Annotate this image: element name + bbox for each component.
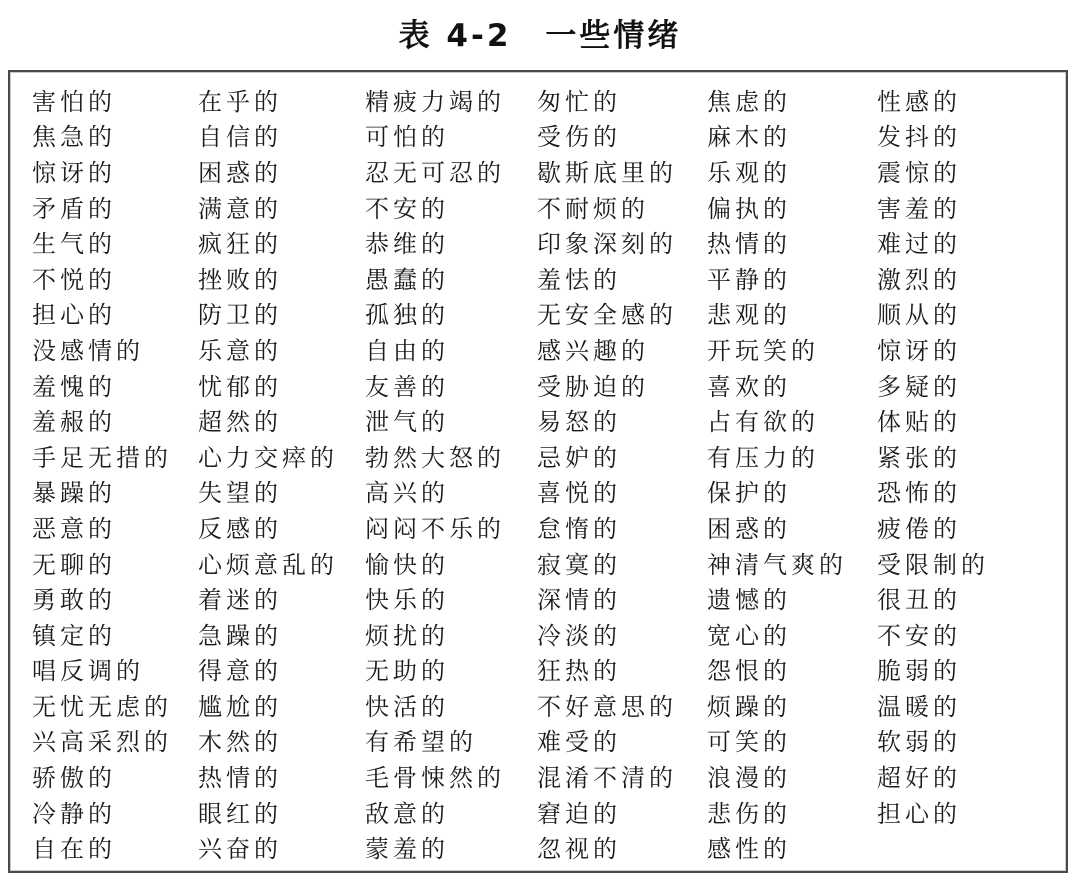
emotion-cell: 激烈的 bbox=[877, 268, 1066, 292]
emotion-cell: 矛盾的 bbox=[32, 197, 198, 221]
emotion-cell: 乐观的 bbox=[707, 161, 877, 185]
emotion-cell: 顺从的 bbox=[877, 303, 1066, 327]
emotion-cell: 孤独的 bbox=[365, 303, 537, 327]
emotion-cell: 寂寞的 bbox=[537, 553, 707, 577]
emotion-cell: 害羞的 bbox=[877, 197, 1066, 221]
emotion-cell: 难受的 bbox=[537, 730, 707, 754]
emotion-cell: 乐意的 bbox=[198, 339, 365, 363]
emotion-cell: 害怕的 bbox=[32, 90, 198, 114]
emotion-cell: 不安的 bbox=[877, 624, 1066, 648]
emotion-cell: 精疲力竭的 bbox=[365, 90, 537, 114]
emotion-cell: 疲倦的 bbox=[877, 517, 1066, 541]
emotion-cell: 麻木的 bbox=[707, 125, 877, 149]
emotion-cell: 手足无措的 bbox=[32, 446, 198, 470]
emotion-cell: 惊讶的 bbox=[877, 339, 1066, 363]
emotion-cell: 有希望的 bbox=[365, 730, 537, 754]
emotion-cell: 偏执的 bbox=[707, 197, 877, 221]
emotion-cell: 不悦的 bbox=[32, 268, 198, 292]
emotion-cell: 占有欲的 bbox=[707, 410, 877, 434]
emotion-cell: 深情的 bbox=[537, 588, 707, 612]
emotion-cell: 羞赧的 bbox=[32, 410, 198, 434]
emotion-cell: 高兴的 bbox=[365, 481, 537, 505]
emotion-cell: 闷闷不乐的 bbox=[365, 517, 537, 541]
emotion-cell: 焦虑的 bbox=[707, 90, 877, 114]
emotion-cell: 超好的 bbox=[877, 766, 1066, 790]
emotion-cell: 骄傲的 bbox=[32, 766, 198, 790]
emotion-cell: 快活的 bbox=[365, 695, 537, 719]
emotion-cell: 惊讶的 bbox=[32, 161, 198, 185]
emotion-cell: 恶意的 bbox=[32, 517, 198, 541]
emotion-cell: 软弱的 bbox=[877, 730, 1066, 754]
emotion-cell: 发抖的 bbox=[877, 125, 1066, 149]
emotion-cell: 窘迫的 bbox=[537, 802, 707, 826]
emotion-cell: 易怒的 bbox=[537, 410, 707, 434]
emotion-cell: 紧张的 bbox=[877, 446, 1066, 470]
emotion-cell: 感性的 bbox=[707, 837, 877, 861]
emotion-cell: 神清气爽的 bbox=[707, 553, 877, 577]
emotion-cell: 怨恨的 bbox=[707, 659, 877, 683]
emotion-cell: 平静的 bbox=[707, 268, 877, 292]
emotion-cell: 友善的 bbox=[365, 375, 537, 399]
emotion-cell: 眼红的 bbox=[198, 802, 365, 826]
emotion-cell: 心烦意乱的 bbox=[198, 553, 365, 577]
emotion-cell: 满意的 bbox=[198, 197, 365, 221]
emotion-cell: 印象深刻的 bbox=[537, 232, 707, 256]
emotion-cell: 忧郁的 bbox=[198, 375, 365, 399]
emotion-cell: 尴尬的 bbox=[198, 695, 365, 719]
emotion-cell: 防卫的 bbox=[198, 303, 365, 327]
emotion-cell: 难过的 bbox=[877, 232, 1066, 256]
emotion-cell: 蒙羞的 bbox=[365, 837, 537, 861]
emotion-cell: 怠惰的 bbox=[537, 517, 707, 541]
emotion-cell: 疯狂的 bbox=[198, 232, 365, 256]
emotion-cell: 狂热的 bbox=[537, 659, 707, 683]
emotion-cell: 担心的 bbox=[877, 802, 1066, 826]
emotion-cell: 可怕的 bbox=[365, 125, 537, 149]
emotion-cell: 失望的 bbox=[198, 481, 365, 505]
emotion-cell: 挫败的 bbox=[198, 268, 365, 292]
emotion-cell: 恭维的 bbox=[365, 232, 537, 256]
emotion-cell: 性感的 bbox=[877, 90, 1066, 114]
emotion-cell: 受伤的 bbox=[537, 125, 707, 149]
emotion-cell: 镇定的 bbox=[32, 624, 198, 648]
emotion-cell: 暴躁的 bbox=[32, 481, 198, 505]
emotion-cell: 遗憾的 bbox=[707, 588, 877, 612]
emotion-cell: 唱反调的 bbox=[32, 659, 198, 683]
emotion-cell: 自在的 bbox=[32, 837, 198, 861]
emotion-cell: 不安的 bbox=[365, 197, 537, 221]
emotion-cell: 毛骨悚然的 bbox=[365, 766, 537, 790]
page-title: 表 4-2 一些情绪 bbox=[0, 10, 1080, 55]
emotion-cell: 混淆不清的 bbox=[537, 766, 707, 790]
emotion-cell: 敌意的 bbox=[365, 802, 537, 826]
emotion-cell: 得意的 bbox=[198, 659, 365, 683]
emotion-cell: 着迷的 bbox=[198, 588, 365, 612]
emotion-cell: 自由的 bbox=[365, 339, 537, 363]
emotion-cell: 自信的 bbox=[198, 125, 365, 149]
emotion-cell: 受限制的 bbox=[877, 553, 1066, 577]
emotion-cell: 体贴的 bbox=[877, 410, 1066, 434]
emotion-cell: 宽心的 bbox=[707, 624, 877, 648]
emotion-cell: 在乎的 bbox=[198, 90, 365, 114]
emotion-cell: 感兴趣的 bbox=[537, 339, 707, 363]
emotion-cell: 匆忙的 bbox=[537, 90, 707, 114]
emotion-cell: 开玩笑的 bbox=[707, 339, 877, 363]
emotion-cell: 愚蠢的 bbox=[365, 268, 537, 292]
emotion-cell: 恐怖的 bbox=[877, 481, 1066, 505]
emotion-cell: 无安全感的 bbox=[537, 303, 707, 327]
emotion-cell: 羞愧的 bbox=[32, 375, 198, 399]
emotion-cell: 焦急的 bbox=[32, 125, 198, 149]
emotion-cell: 无聊的 bbox=[32, 553, 198, 577]
emotion-cell: 羞怯的 bbox=[537, 268, 707, 292]
emotion-cell: 急躁的 bbox=[198, 624, 365, 648]
emotion-cell: 担心的 bbox=[32, 303, 198, 327]
emotion-cell: 心力交瘁的 bbox=[198, 446, 365, 470]
emotion-cell: 兴高采烈的 bbox=[32, 730, 198, 754]
emotion-cell: 喜悦的 bbox=[537, 481, 707, 505]
emotion-cell: 困惑的 bbox=[198, 161, 365, 185]
emotion-cell: 受胁迫的 bbox=[537, 375, 707, 399]
emotion-cell: 勃然大怒的 bbox=[365, 446, 537, 470]
emotion-cell: 困惑的 bbox=[707, 517, 877, 541]
emotions-table-box: 害怕的在乎的精疲力竭的匆忙的焦虑的性感的焦急的自信的可怕的受伤的麻木的发抖的惊讶… bbox=[8, 70, 1068, 873]
emotion-cell: 勇敢的 bbox=[32, 588, 198, 612]
emotion-cell: 泄气的 bbox=[365, 410, 537, 434]
emotion-cell: 反感的 bbox=[198, 517, 365, 541]
emotion-cell: 悲观的 bbox=[707, 303, 877, 327]
emotions-grid: 害怕的在乎的精疲力竭的匆忙的焦虑的性感的焦急的自信的可怕的受伤的麻木的发抖的惊讶… bbox=[10, 72, 1066, 867]
emotion-cell: 歇斯底里的 bbox=[537, 161, 707, 185]
emotion-cell: 冷静的 bbox=[32, 802, 198, 826]
emotion-cell: 多疑的 bbox=[877, 375, 1066, 399]
emotion-cell: 生气的 bbox=[32, 232, 198, 256]
emotion-cell: 愉快的 bbox=[365, 553, 537, 577]
emotion-cell: 很丑的 bbox=[877, 588, 1066, 612]
emotion-cell: 震惊的 bbox=[877, 161, 1066, 185]
emotion-cell: 忌妒的 bbox=[537, 446, 707, 470]
emotion-cell: 喜欢的 bbox=[707, 375, 877, 399]
emotion-cell: 悲伤的 bbox=[707, 802, 877, 826]
emotion-cell: 忍无可忍的 bbox=[365, 161, 537, 185]
emotion-cell: 不好意思的 bbox=[537, 695, 707, 719]
emotion-cell: 无助的 bbox=[365, 659, 537, 683]
emotion-cell: 热情的 bbox=[198, 766, 365, 790]
emotion-cell: 烦扰的 bbox=[365, 624, 537, 648]
emotion-cell: 可笑的 bbox=[707, 730, 877, 754]
emotion-cell: 没感情的 bbox=[32, 339, 198, 363]
emotion-cell: 木然的 bbox=[198, 730, 365, 754]
emotion-cell: 快乐的 bbox=[365, 588, 537, 612]
emotion-cell: 保护的 bbox=[707, 481, 877, 505]
emotion-cell: 烦躁的 bbox=[707, 695, 877, 719]
emotion-cell: 无忧无虑的 bbox=[32, 695, 198, 719]
emotion-cell: 不耐烦的 bbox=[537, 197, 707, 221]
emotion-cell: 有压力的 bbox=[707, 446, 877, 470]
emotion-cell: 热情的 bbox=[707, 232, 877, 256]
emotion-cell: 兴奋的 bbox=[198, 837, 365, 861]
emotion-cell: 冷淡的 bbox=[537, 624, 707, 648]
emotion-cell: 浪漫的 bbox=[707, 766, 877, 790]
emotion-cell: 忽视的 bbox=[537, 837, 707, 861]
emotion-cell: 温暖的 bbox=[877, 695, 1066, 719]
emotion-cell: 超然的 bbox=[198, 410, 365, 434]
emotion-cell: 脆弱的 bbox=[877, 659, 1066, 683]
